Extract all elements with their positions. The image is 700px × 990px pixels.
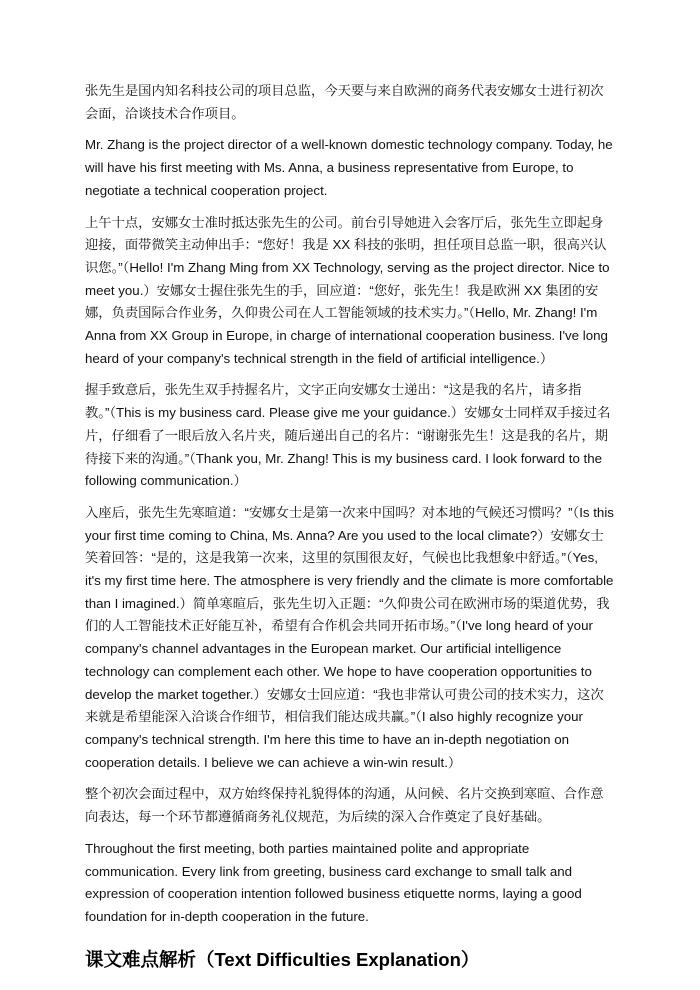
greeting-paragraph: 上午十点，安娜女士准时抵达张先生的公司。前台引导她进入会客厅后，张先生立即起身迎… bbox=[85, 212, 615, 371]
intro-paragraph-en: Mr. Zhang is the project director of a w… bbox=[85, 134, 615, 202]
summary-paragraph-en: Throughout the first meeting, both parti… bbox=[85, 838, 615, 929]
business-card-paragraph: 握手致意后，张先生双手持握名片，文字正向安娜女士递出：“这是我的名片，请多指教。… bbox=[85, 379, 615, 493]
document-page: 张先生是国内知名科技公司的项目总监，今天要与来自欧洲的商务代表安娜女士进行初次会… bbox=[85, 80, 615, 973]
intro-paragraph-zh: 张先生是国内知名科技公司的项目总监，今天要与来自欧洲的商务代表安娜女士进行初次会… bbox=[85, 80, 615, 125]
section-heading: 课文难点解析（Text Difficulties Explanation） bbox=[85, 947, 615, 973]
small-talk-paragraph: 入座后，张先生先寒暄道：“安娜女士是第一次来中国吗？对本地的气候还习惯吗？”（I… bbox=[85, 502, 615, 774]
summary-paragraph-zh: 整个初次会面过程中，双方始终保持礼貌得体的沟通，从问候、名片交换到寒暄、合作意向… bbox=[85, 783, 615, 828]
